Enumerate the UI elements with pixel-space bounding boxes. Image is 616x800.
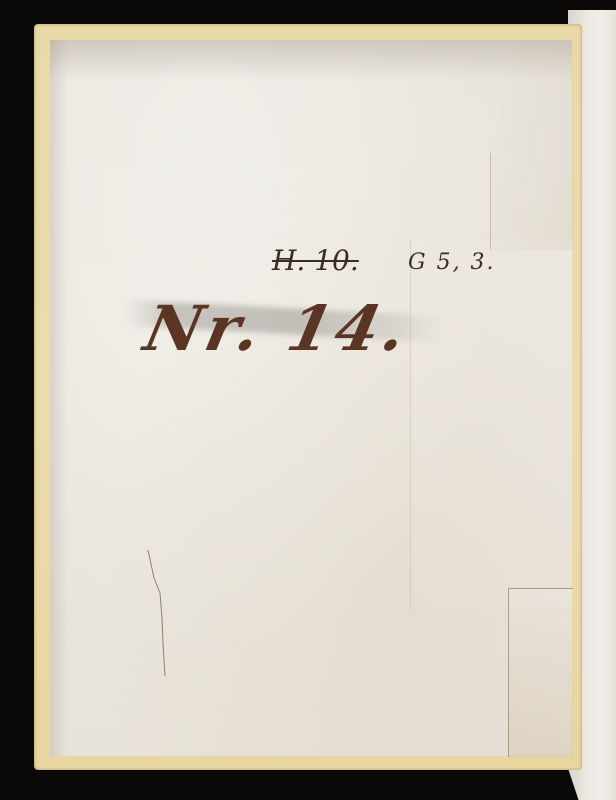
paper-crack [146, 548, 176, 678]
shelf-mark: G 5, 3. [408, 250, 496, 275]
old-number-struck: H. 10. [272, 244, 359, 277]
paper-fold-top [490, 40, 573, 250]
book-photo: H. 10. G 5, 3. Nr. 14. [0, 0, 616, 800]
paper-fold-bottom [508, 588, 573, 757]
current-number: Nr. 14. [138, 292, 416, 365]
paper-fold-right [410, 240, 573, 610]
pastedown-paper: H. 10. G 5, 3. Nr. 14. [50, 40, 572, 756]
